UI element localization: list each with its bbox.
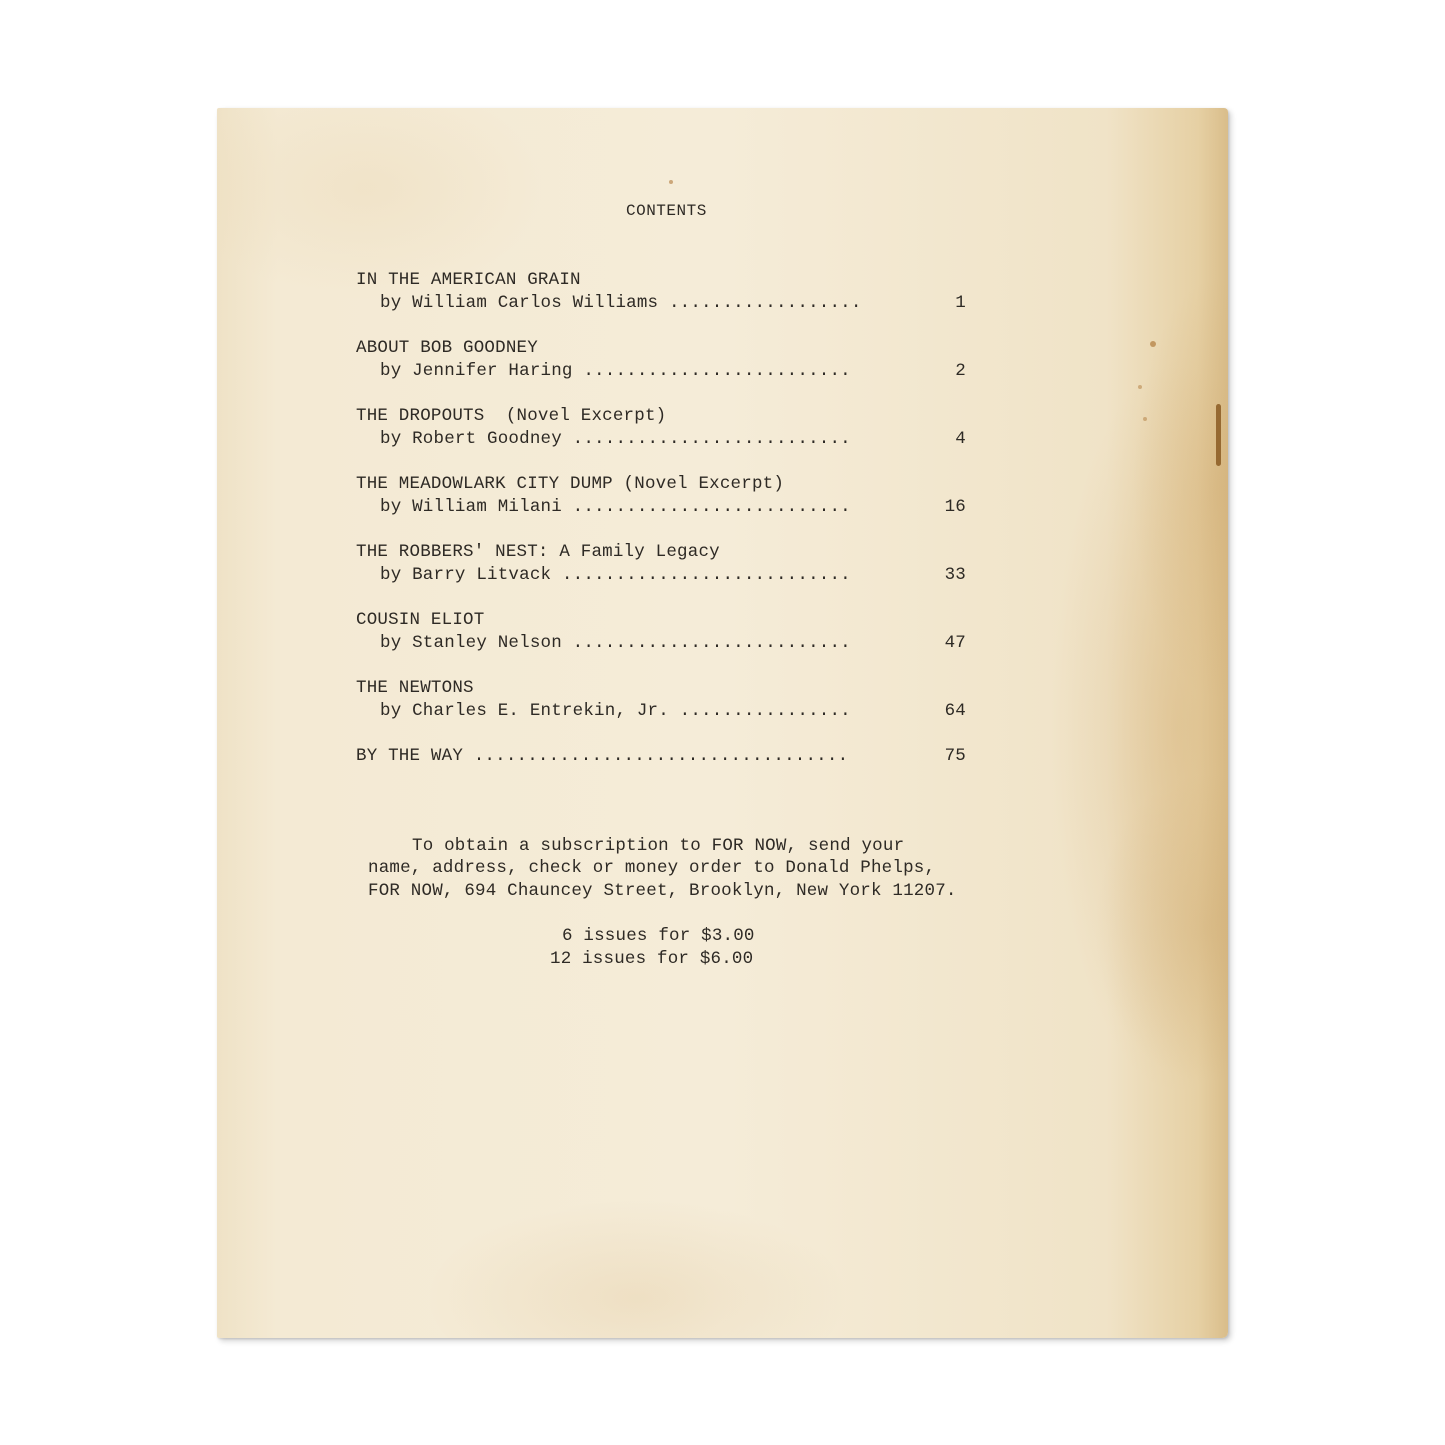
entry-author: by William Carlos Williams .............… — [380, 293, 862, 313]
subscription-text-line: FOR NOW, 694 Chauncey Street, Brooklyn, … — [368, 881, 957, 901]
entry-title: IN THE AMERICAN GRAIN — [356, 270, 581, 290]
subscription-text-line: To obtain a subscription to FOR NOW, sen… — [412, 836, 904, 856]
entry-page-number: 33 — [906, 565, 966, 585]
entry-author: by Stanley Nelson ......................… — [380, 633, 851, 653]
entry-page-number: 16 — [906, 497, 966, 517]
contents-document: CONTENTS IN THE AMERICAN GRAIN by Willia… — [0, 0, 1445, 1445]
entry-title: THE MEADOWLARK CITY DUMP (Novel Excerpt) — [356, 474, 784, 494]
entry-page-number: 2 — [906, 361, 966, 381]
entry-author: by Robert Goodney ......................… — [380, 429, 851, 449]
entry-author: by Charles E. Entrekin, Jr. ............… — [380, 701, 851, 721]
entry-title: THE ROBBERS' NEST: A Family Legacy — [356, 542, 720, 562]
entry-title: BY THE WAY .............................… — [356, 746, 848, 766]
subscription-price: 12 issues for $6.00 — [550, 949, 753, 969]
entry-title: COUSIN ELIOT — [356, 610, 484, 630]
entry-author: by Jennifer Haring .....................… — [380, 361, 851, 381]
entry-author: by Barry Litvack .......................… — [380, 565, 851, 585]
entry-page-number: 4 — [906, 429, 966, 449]
entry-page-number: 64 — [906, 701, 966, 721]
entry-title: THE DROPOUTS (Novel Excerpt) — [356, 406, 666, 426]
entry-author: by William Milani ......................… — [380, 497, 851, 517]
subscription-text-line: name, address, check or money order to D… — [368, 858, 935, 878]
entry-title: THE NEWTONS — [356, 678, 474, 698]
entry-page-number: 1 — [906, 293, 966, 313]
entry-page-number: 47 — [906, 633, 966, 653]
entry-title: ABOUT BOB GOODNEY — [356, 338, 538, 358]
entry-page-number: 75 — [906, 746, 966, 766]
contents-heading: CONTENTS — [626, 202, 707, 220]
subscription-price: 6 issues for $3.00 — [562, 926, 755, 946]
